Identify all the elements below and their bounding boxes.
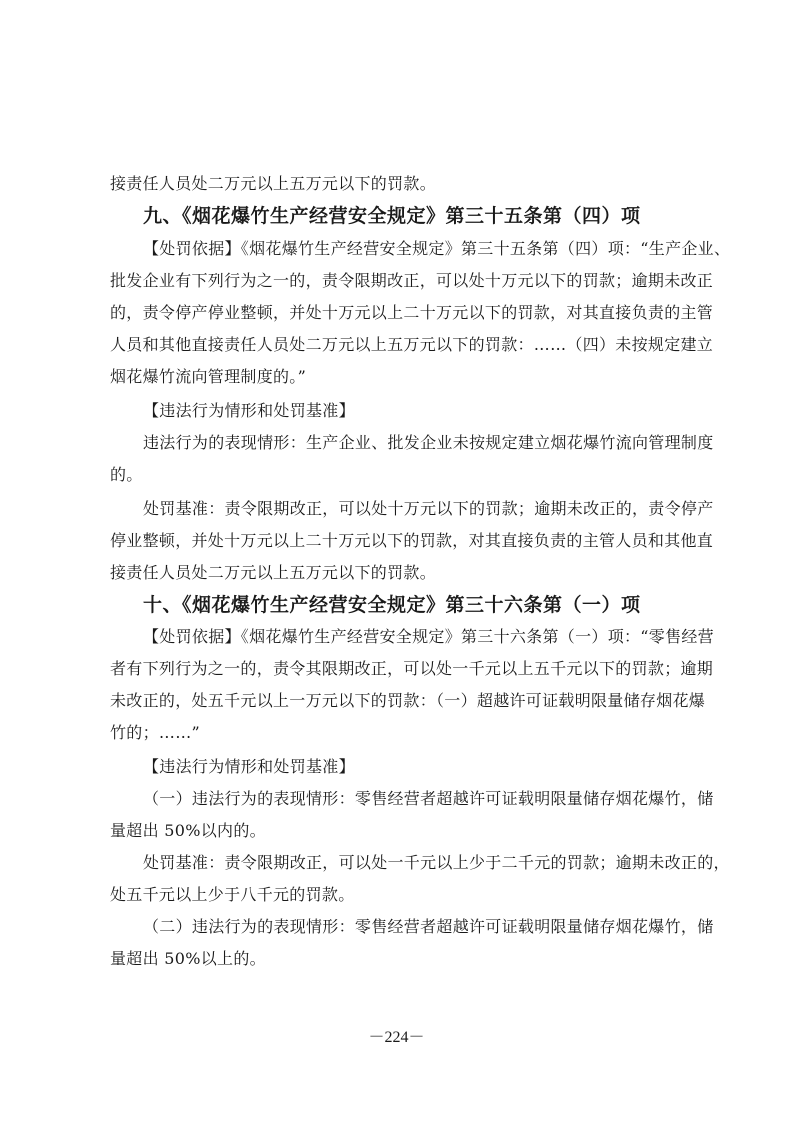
body-text-line: 接责任人员处二万元以上五万元以下的罚款。 — [110, 562, 685, 584]
body-text-line: 量超出 50%以内的。 — [110, 820, 685, 842]
body-text-line: 的，责令停产停业整顿，并处十万元以上二十万元以下的罚款，对其直接负责的主管 — [110, 302, 685, 324]
body-text-line: 人员和其他直接责任人员处二万元以上五万元以下的罚款：……（四）未按规定建立 — [110, 334, 685, 356]
body-text-line: 违法行为的表现情形：生产企业、批发企业未按规定建立烟花爆竹流向管理制度 — [143, 432, 685, 454]
body-text-line: 【处罚依据】《烟花爆竹生产经营安全规定》第三十五条第（四）项：“生产企业、 — [143, 238, 685, 260]
section-heading: 十、《烟花爆竹生产经营安全规定》第三十六条第（一）项 — [143, 593, 641, 617]
body-text-line: 烟花爆竹流向管理制度的。” — [110, 366, 685, 388]
body-text-line: 【违法行为情形和处罚基准】 — [143, 756, 685, 778]
body-text-line: 批发企业有下列行为之一的，责令限期改正，可以处十万元以下的罚款；逾期未改正 — [110, 270, 685, 292]
body-text-line: 竹的；……” — [110, 722, 685, 744]
section-heading: 九、《烟花爆竹生产经营安全规定》第三十五条第（四）项 — [143, 204, 641, 228]
body-text-line: （二）违法行为的表现情形：零售经营者超越许可证载明限量储存烟花爆竹，储 — [143, 916, 685, 938]
body-text-line: 未改正的，处五千元以上一万元以下的罚款：（一）超越许可证载明限量储存烟花爆 — [110, 690, 685, 712]
body-text-line: 停业整顿，并处十万元以上二十万元以下的罚款，对其直接负责的主管人员和其他直 — [110, 530, 685, 552]
body-text-line: 处罚基准：责令限期改正，可以处十万元以下的罚款；逾期未改正的，责令停产 — [143, 498, 685, 520]
body-text-line: 量超出 50%以上的。 — [110, 948, 685, 970]
body-text-line: 【处罚依据】《烟花爆竹生产经营安全规定》第三十六条第（一）项：“零售经营 — [143, 626, 685, 648]
body-text-line: 的。 — [110, 464, 685, 486]
body-text-line: 处罚基准：责令限期改正，可以处一千元以上少于二千元的罚款；逾期未改正的， — [143, 852, 685, 874]
body-text-line: 处五千元以上少于八千元的罚款。 — [110, 884, 685, 906]
body-text-line: 接责任人员处二万元以上五万元以下的罚款。 — [110, 173, 685, 195]
body-text-line: 【违法行为情形和处罚基准】 — [143, 400, 685, 422]
body-text-line: 者有下列行为之一的，责令其限期改正，可以处一千元以上五千元以下的罚款；逾期 — [110, 658, 685, 680]
body-text-line: （一）违法行为的表现情形：零售经营者超越许可证载明限量储存烟花爆竹，储 — [143, 788, 685, 810]
page-number: －224－ — [0, 1024, 793, 1047]
